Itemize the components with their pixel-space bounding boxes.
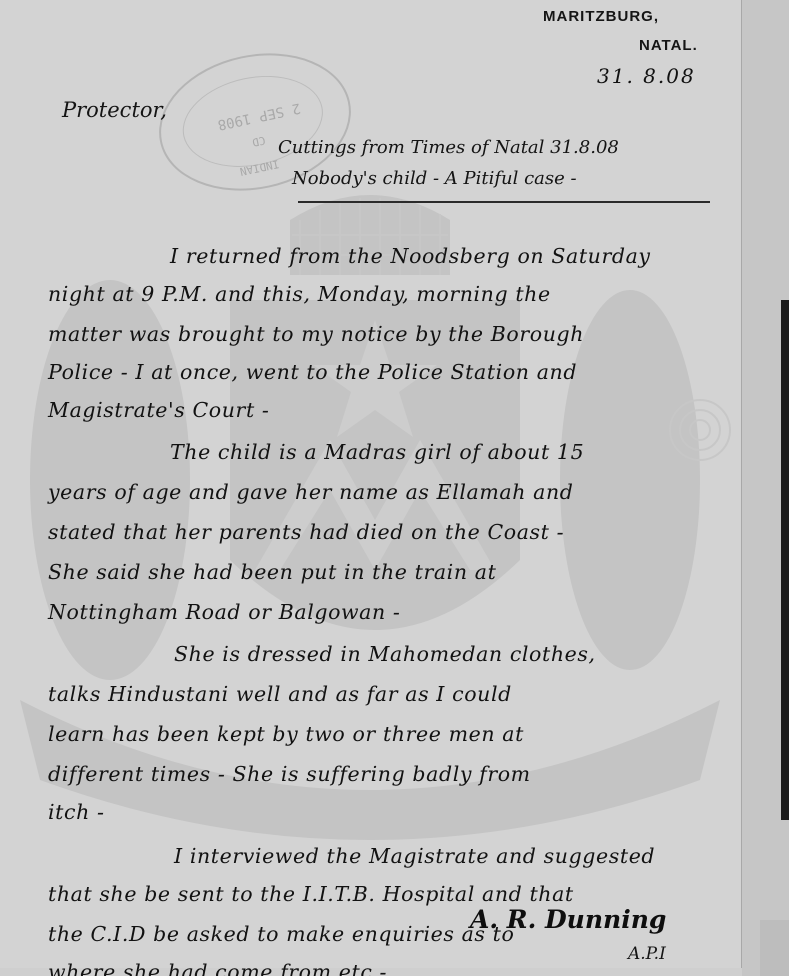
letterhead-city: MARITZBURG, <box>543 8 659 25</box>
body-line: that she be sent to the I.I.T.B. Hospita… <box>48 882 574 906</box>
body-line: I interviewed the Magistrate and suggest… <box>174 844 655 868</box>
subject-headline: Nobody's child - A Pitiful case - <box>292 168 577 189</box>
body-line: She is dressed in Mahomedan clothes, <box>174 642 596 666</box>
body-line: Magistrate's Court - <box>48 398 269 422</box>
body-line: The child is a Madras girl of about 15 <box>170 440 584 464</box>
letter-page: 2 SEP 1908 CD INDIAN MARITZBURG, NATAL. … <box>0 0 742 968</box>
body-line: Nottingham Road or Balgowan - <box>48 600 400 624</box>
stamp-code: CD <box>251 133 267 148</box>
body-line: I returned from the Noodsberg on Saturda… <box>170 244 651 268</box>
body-line: talks Hindustani well and as far as I co… <box>48 682 512 706</box>
body-line: where she had come from etc - <box>48 960 387 976</box>
letter-date: 31. 8.08 <box>597 64 696 88</box>
headline-underline <box>298 201 710 203</box>
body-line: itch - <box>48 800 105 824</box>
signature-title: A.P.I <box>628 944 666 964</box>
body-line: years of age and gave her name as Ellama… <box>48 480 574 504</box>
body-line: learn has been kept by two or three men … <box>48 722 524 746</box>
page-corner <box>760 920 789 976</box>
body-line: She said she had been put in the train a… <box>48 560 496 584</box>
body-line: the C.I.D be asked to make enquiries as … <box>48 922 514 946</box>
subject-source: Cuttings from Times of Natal 31.8.08 <box>278 137 619 158</box>
binding-shadow <box>781 300 789 820</box>
body-line: different times - She is suffering badly… <box>48 762 531 786</box>
body-line: matter was brought to my notice by the B… <box>48 322 584 346</box>
salutation: Protector, <box>62 98 167 122</box>
body-line: night at 9 P.M. and this, Monday, mornin… <box>48 282 551 306</box>
body-line: Police - I at once, went to the Police S… <box>48 360 577 384</box>
body-line: stated that her parents had died on the … <box>48 520 564 544</box>
signature: A. R. Dunning <box>470 905 666 934</box>
letterhead-region: NATAL. <box>639 37 698 54</box>
